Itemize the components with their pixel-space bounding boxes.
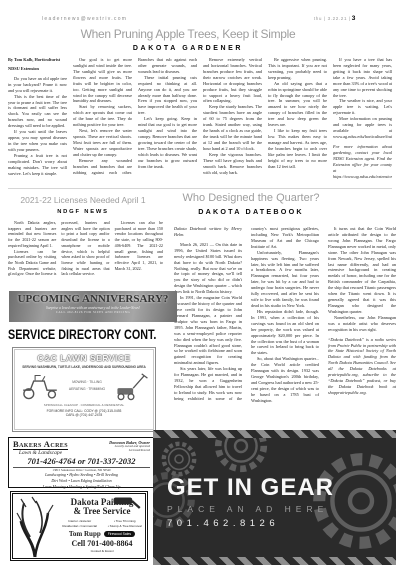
cc-lawn-footer: FOR MORE INFO CALL: CODY @ (701) 315-049… bbox=[13, 409, 155, 419]
bakers-phone: 701-426-4764 or 701-337-2032 bbox=[13, 457, 150, 468]
cc-lawn-services-center: SPRING/FALL CLEANUP · COMMERCIAL & RESID… bbox=[13, 403, 155, 407]
contact-email: leadernews@westriv.com bbox=[42, 16, 127, 22]
section-divider bbox=[8, 188, 392, 189]
ndgf-body: North Dakota anglers, trappers and hunte… bbox=[8, 220, 163, 277]
bakers-acres-ad: Bakers Acres Lawn & Landscape Donovan Ba… bbox=[8, 437, 155, 488]
painting-services: Interior • Exterior Residential • Commer… bbox=[57, 519, 147, 528]
anniversary-ad: UPCOMING ANNIVERSARY? Surprise a loved o… bbox=[9, 291, 177, 322]
gear-subline: PLACE AN AD HERE bbox=[167, 504, 334, 514]
gardener-article: By Tom Kalb, Horticulturist NDSU Extensi… bbox=[8, 57, 392, 184]
painting-owner: Tom Rupp bbox=[69, 530, 101, 538]
folio: thu | 3.22.21 |3 bbox=[314, 15, 356, 22]
gardener-footnote: For more information about gardening, co… bbox=[333, 144, 392, 180]
riding-mower-illustration bbox=[19, 371, 61, 401]
tree-illustration bbox=[14, 495, 56, 558]
datebook-kicker: DAKOTA DATEBOOK bbox=[172, 207, 330, 216]
hazard-stripe-bottom bbox=[153, 557, 396, 565]
gear-headline: GET IN GEAR bbox=[167, 476, 334, 500]
paint-roller-icon bbox=[112, 496, 142, 511]
service-directory-heading: SERVICE DIRECTORY CONT. bbox=[8, 327, 156, 342]
datebook-article: Dakota Datebook written by Merry Helm. M… bbox=[174, 226, 396, 428]
cc-lawn-subtitle: SERVING WASHBURN, TURTLE LAKE, UNDERWOOD… bbox=[13, 365, 155, 369]
gardener-kicker: DAKOTA GARDENER bbox=[0, 45, 376, 52]
bakers-owner-info: Donovan Baker, Owner Locally owned and o… bbox=[109, 440, 150, 456]
cc-lawn-title: C&C LAWN SERVICE bbox=[13, 353, 155, 363]
newspaper-page: leadernews@westriv.com thu | 3.22.21 |3 … bbox=[0, 0, 400, 567]
masthead: leadernews@westriv.com thu | 3.22.21 |3 bbox=[42, 15, 356, 22]
anniversary-title: UPCOMING ANNIVERSARY? bbox=[9, 293, 177, 305]
painting-footer: Licensed & Insured bbox=[57, 549, 147, 553]
bakers-logo: Bakers Acres Lawn & Landscape bbox=[13, 440, 68, 456]
bakers-services: Landscaping • Hydro Seeding • Drill Seed… bbox=[13, 472, 150, 490]
gear-phone: 701.462.8126 bbox=[167, 518, 334, 529]
dakota-painting-ad: Dakota Painting & Tree Service Interior … bbox=[10, 491, 148, 561]
datebook-headline: Who Designed the Quarter? bbox=[172, 192, 330, 204]
ndgf-article: North Dakota anglers, trappers and hunte… bbox=[8, 220, 163, 288]
gardener-byline: By Tom Kalb, Horticulturist bbox=[8, 57, 67, 63]
cc-lawn-services: MOWING · TILLING AERATING · TRIMMING bbox=[69, 379, 105, 392]
cc-lawn-service-ad: C&C LAWN SERVICE SERVING WASHBURN, TURTL… bbox=[12, 347, 156, 432]
folio-date: thu | 3.22.21 | bbox=[314, 16, 351, 21]
gardener-headline: When Pruning Apple Trees, Keep it Simple bbox=[0, 27, 376, 41]
datebook-footnote: “Dakota Datebook” is a radio series from… bbox=[328, 337, 396, 396]
gardener-byline-org: NDSU Extension bbox=[8, 66, 67, 72]
bakers-address: 13815 Sakakawea Drive • Garrison, ND 585… bbox=[13, 468, 150, 472]
ndgf-kicker: NDGF NEWS bbox=[0, 209, 166, 215]
hazard-stripe-top bbox=[153, 430, 396, 438]
get-in-gear-ad: GET IN GEAR PLACE AN AD HERE 701.462.812… bbox=[153, 430, 396, 565]
page-number: 3 bbox=[352, 15, 356, 22]
datebook-byline: Dakota Datebook written by Merry Helm. bbox=[174, 226, 242, 238]
push-mower-illustration bbox=[113, 371, 149, 401]
firewood-sales-badge: Firewood Sales bbox=[104, 531, 135, 537]
ndgf-headline: 2021-22 Licenses Needed April 1 bbox=[0, 195, 166, 205]
painting-phone: Cell 701-400-8864 bbox=[57, 539, 147, 548]
anniversary-subline-2: CALL 462-8126 FOR SIZES AND PRICING bbox=[9, 310, 177, 314]
